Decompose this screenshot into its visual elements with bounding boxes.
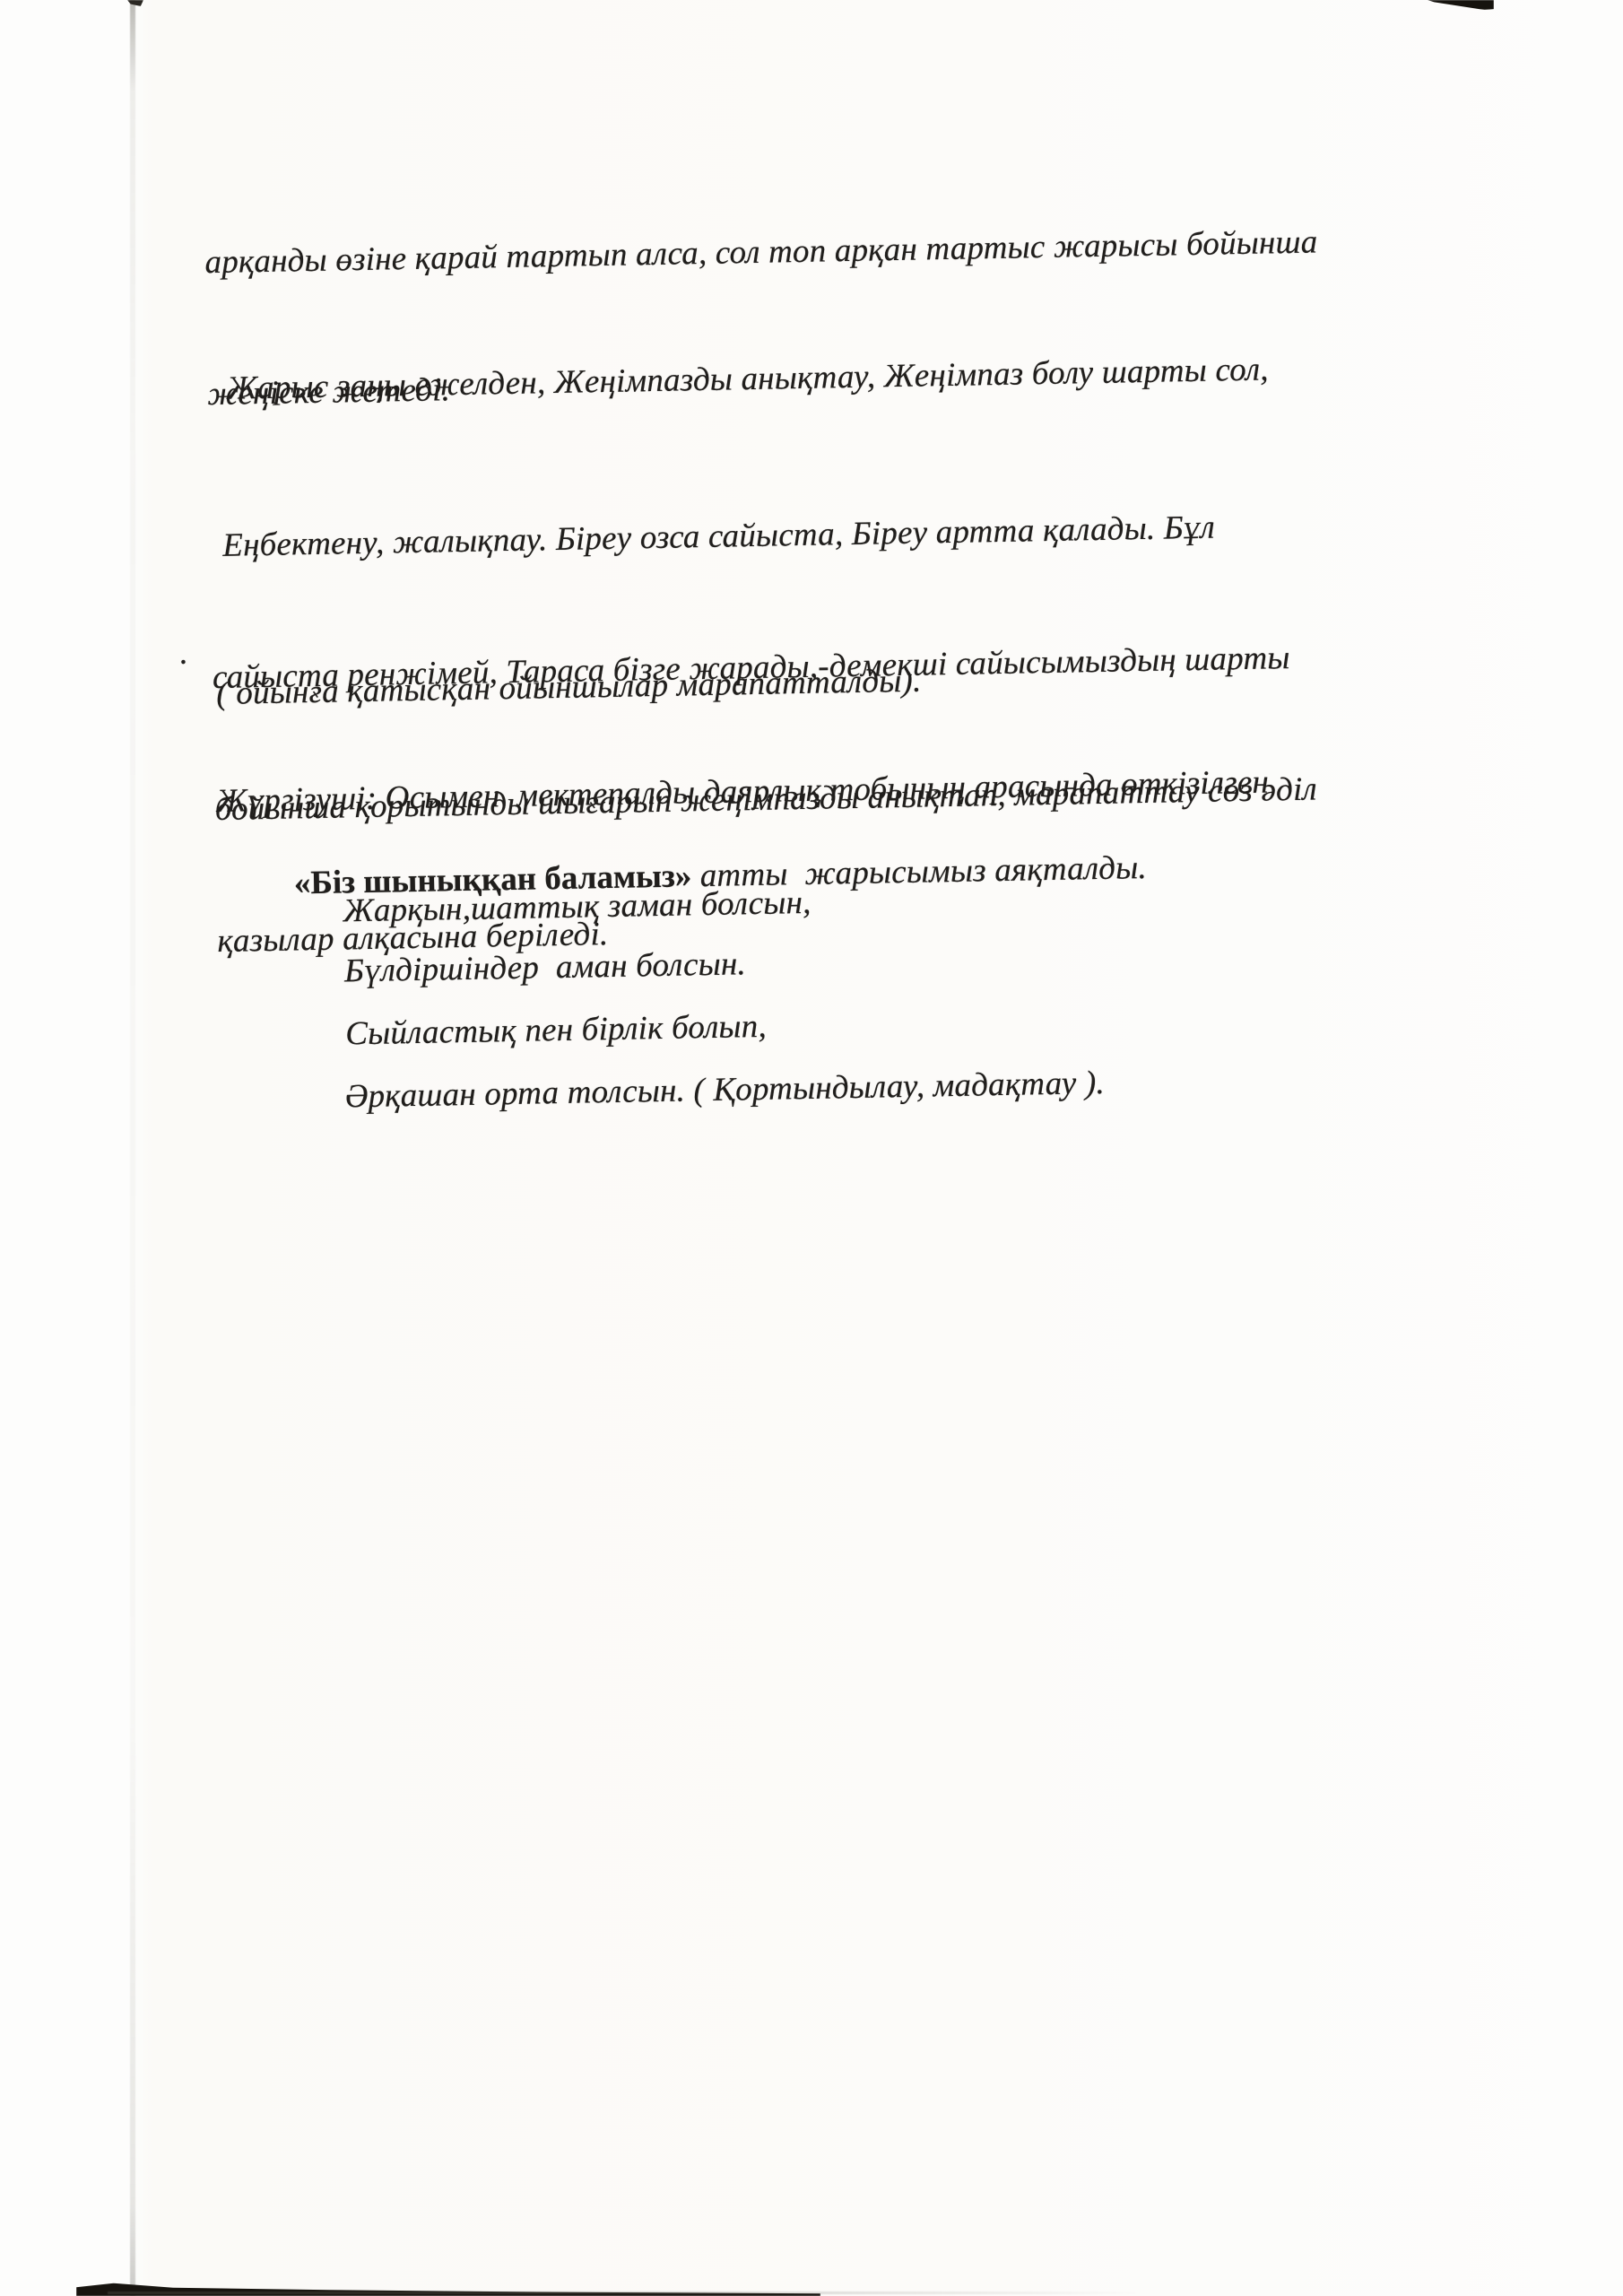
- document-text-layer: арқанды өзіне қарай тартып алса, сол топ…: [0, 0, 1623, 2296]
- verse-line-3: Сыйластық пен бірлік болып,: [345, 1007, 767, 1054]
- verse-line-4: Әрқашан орта толсын. ( Қортындылау, мада…: [344, 1064, 1105, 1117]
- stray-period: .: [179, 634, 188, 673]
- verse-line-2: Бүлдіршіндер аман болсын.: [344, 944, 747, 990]
- intro-line-1: арқанды өзіне қарай тартып алса, сол топ…: [204, 220, 1318, 284]
- scanned-document-page: арқанды өзіне қарай тартып алса, сол топ…: [0, 0, 1623, 2296]
- main-line-1: Еңбектену, жалықпау. Біреу озса сайыста,…: [210, 504, 1313, 569]
